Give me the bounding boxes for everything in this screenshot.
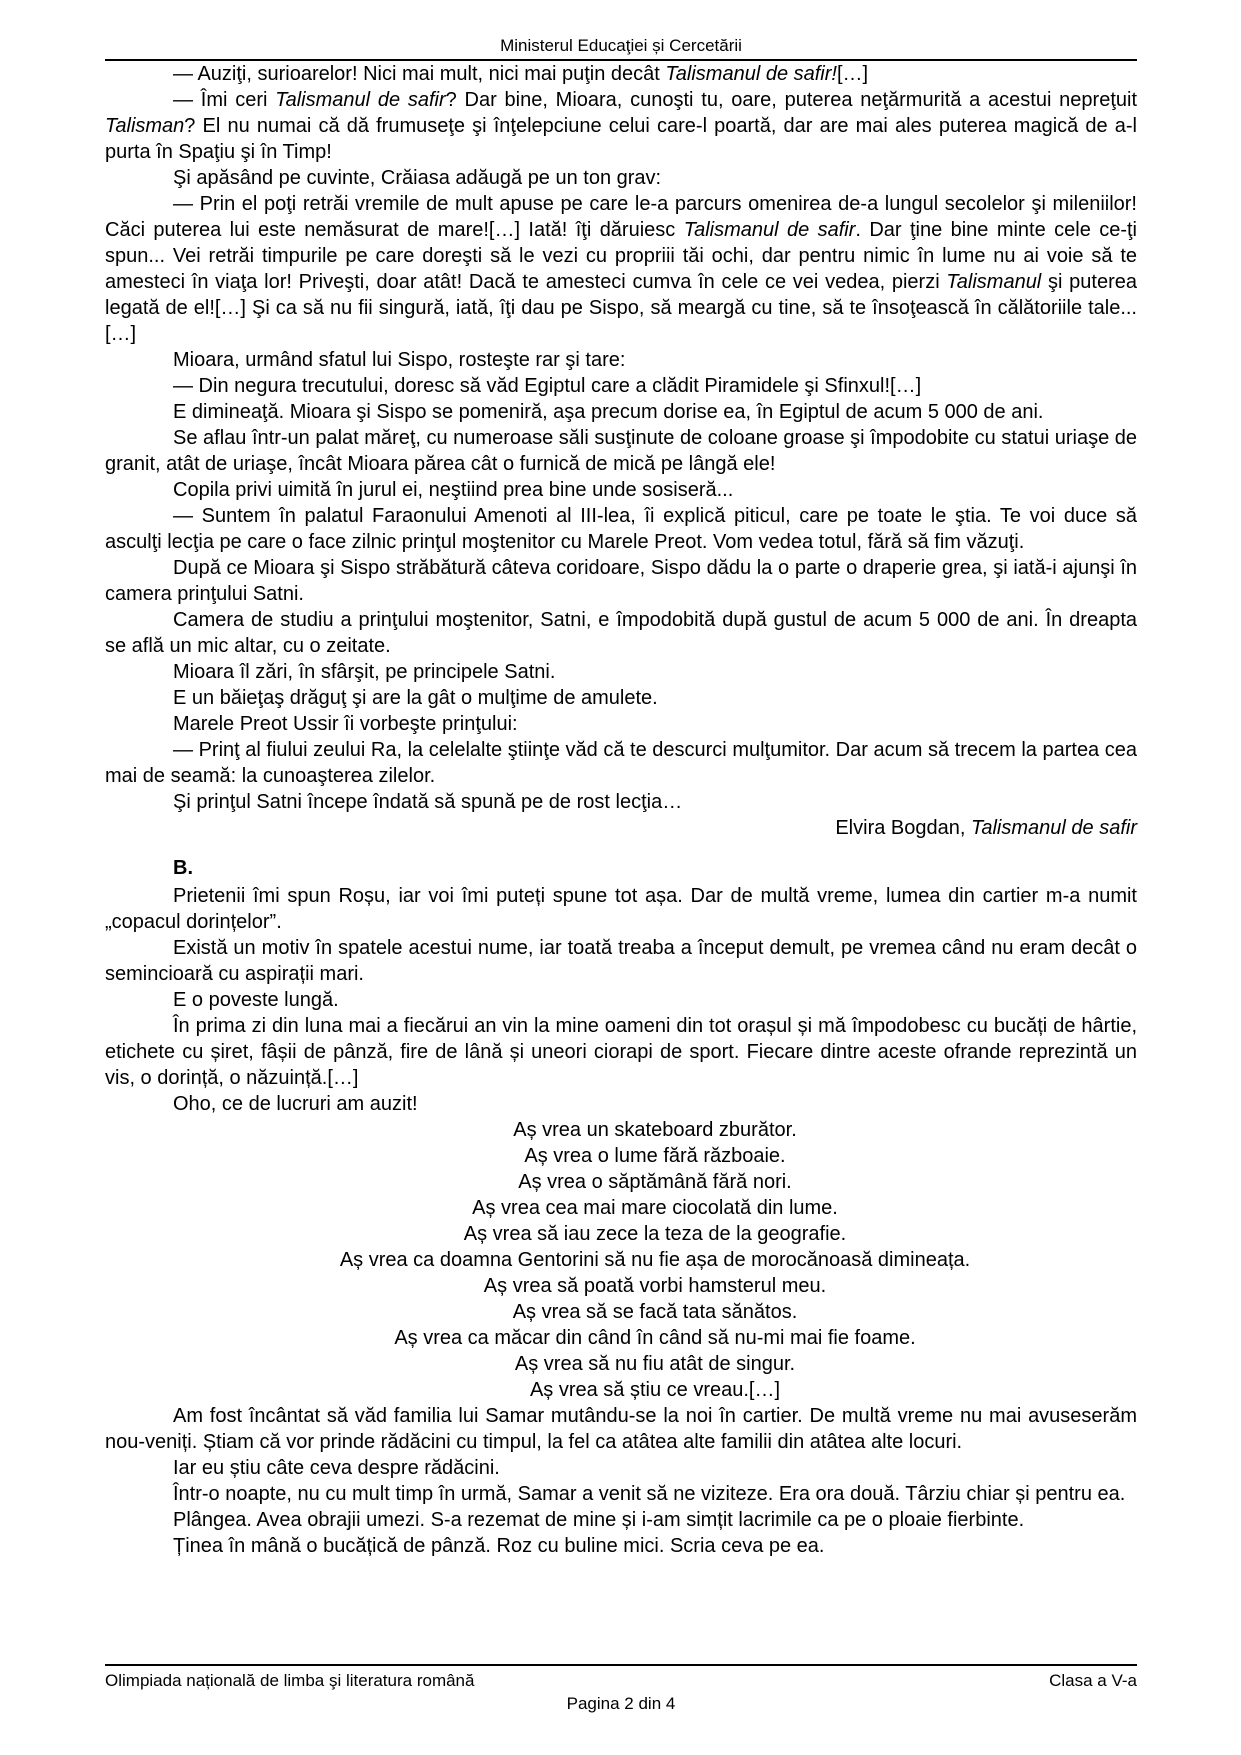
text-run: E un băieţaş drăguţ şi are la gât o mulţ…: [173, 687, 658, 709]
text-run: Talisman: [105, 115, 184, 137]
text-run: În prima zi din luna mai a fiecărui an v…: [105, 1015, 1137, 1089]
paragraph: Camera de studiu a prinţului moştenitor,…: [105, 607, 1137, 659]
text-run: Talismanul de safir: [275, 89, 445, 111]
header-title: Ministerul Educaţiei și Cercetării: [105, 36, 1137, 56]
paragraph: După ce Mioara şi Sispo străbătură câtev…: [105, 555, 1137, 607]
footer-page-number: Pagina 2 din 4: [105, 1693, 1137, 1714]
text-run: După ce Mioara şi Sispo străbătură câtev…: [105, 557, 1137, 605]
text-run: Iar eu știu câte ceva despre rădăcini.: [173, 1457, 500, 1479]
text-run: Marele Preot Ussir îi vorbeşte prinţului…: [173, 713, 518, 735]
paragraph: — Auziţi, surioarelor! Nici mai mult, ni…: [105, 61, 1137, 87]
page-header: Ministerul Educaţiei și Cercetării: [105, 36, 1137, 61]
paragraph: Mioara îl zări, în sfârşit, pe principel…: [105, 659, 1137, 685]
paragraph: — Prinţ al fiului zeului Ra, la celelalt…: [105, 737, 1137, 789]
poem-line: Aș vrea să iau zece la teza de la geogra…: [105, 1221, 1137, 1247]
paragraph: Oho, ce de lucruri am auzit!: [105, 1091, 1137, 1117]
text-run: ? El nu numai că dă frumuseţe şi înţelep…: [105, 115, 1137, 163]
paragraph: Copila privi uimită în jurul ei, neştiin…: [105, 477, 1137, 503]
paragraph: Se aflau într-un palat măreţ, cu numeroa…: [105, 425, 1137, 477]
paragraph: Ținea în mână o bucățică de pânză. Roz c…: [105, 1533, 1137, 1559]
section-b-paragraphs-after-poem: Am fost încântat să văd familia lui Sama…: [105, 1403, 1137, 1559]
poem-line: Aș vrea ca doamna Gentorini să nu fie aș…: [105, 1247, 1137, 1273]
text-run: — Suntem în palatul Faraonului Amenoti a…: [105, 505, 1137, 553]
text-run: — Prinţ al fiului zeului Ra, la celelalt…: [105, 739, 1137, 787]
paragraph: E dimineaţă. Mioara şi Sispo se pomeniră…: [105, 399, 1137, 425]
text-a-paragraphs: — Auziţi, surioarelor! Nici mai mult, ni…: [105, 61, 1137, 815]
text-run: Există un motiv în spatele acestui nume,…: [105, 937, 1137, 985]
text-run: Talismanul de safir!: [665, 63, 837, 85]
section-b-paragraphs-before-poem: Prietenii îmi spun Roșu, iar voi îmi put…: [105, 883, 1137, 1117]
text-run: — Din negura trecutului, doresc să văd E…: [173, 375, 921, 397]
document-page: Ministerul Educaţiei și Cercetării — Auz…: [0, 0, 1241, 1755]
text-a-attribution: Elvira Bogdan, Talismanul de safir: [105, 815, 1137, 841]
paragraph: Marele Preot Ussir îi vorbeşte prinţului…: [105, 711, 1137, 737]
text-run: Într-o noapte, nu cu mult timp în urmă, …: [173, 1483, 1125, 1505]
text-run: — Îmi ceri: [173, 89, 275, 111]
paragraph: Am fost încântat să văd familia lui Sama…: [105, 1403, 1137, 1455]
paragraph: E un băieţaş drăguţ şi are la gât o mulţ…: [105, 685, 1137, 711]
poem-line: Aș vrea cea mai mare ciocolată din lume.: [105, 1195, 1137, 1221]
section-b: B. Prietenii îmi spun Roșu, iar voi îmi …: [105, 855, 1137, 1559]
text-a-section: — Auziţi, surioarelor! Nici mai mult, ni…: [105, 61, 1137, 841]
text-run: Plângea. Avea obrajii umezi. S-a rezemat…: [173, 1509, 1024, 1531]
wish-poem: Aș vrea un skateboard zburător.Aș vrea o…: [105, 1117, 1137, 1403]
text-run: Mioara, urmând sfatul lui Sispo, rosteşt…: [173, 349, 625, 371]
text-run: Se aflau într-un palat măreţ, cu numeroa…: [105, 427, 1137, 475]
poem-line: Aș vrea să poată vorbi hamsterul meu.: [105, 1273, 1137, 1299]
document-body: — Auziţi, surioarelor! Nici mai mult, ni…: [105, 61, 1137, 1559]
paragraph: Plângea. Avea obrajii umezi. S-a rezemat…: [105, 1507, 1137, 1533]
text-run: Am fost încântat să văd familia lui Sama…: [105, 1405, 1137, 1453]
text-run: Elvira Bogdan,: [835, 817, 971, 839]
footer-left-text: Olimpiada națională de limba şi literatu…: [105, 1670, 474, 1691]
poem-line: Aș vrea să nu fiu atât de singur.: [105, 1351, 1137, 1377]
paragraph: Şi apăsând pe cuvinte, Crăiasa adăugă pe…: [105, 165, 1137, 191]
text-run: Prietenii îmi spun Roșu, iar voi îmi put…: [105, 885, 1137, 933]
paragraph: — Prin el poţi retrăi vremile de mult ap…: [105, 191, 1137, 347]
section-b-label: B.: [105, 855, 1137, 881]
footer-row: Olimpiada națională de limba şi literatu…: [105, 1670, 1137, 1691]
text-run: Şi prinţul Satni începe îndată să spună …: [173, 791, 682, 813]
paragraph: Prietenii îmi spun Roșu, iar voi îmi put…: [105, 883, 1137, 935]
poem-line: Aș vrea să știu ce vreau.[…]: [105, 1377, 1137, 1403]
text-run: Talismanul de safir: [971, 817, 1137, 839]
text-run: ? Dar bine, Mioara, cunoşti tu, oare, pu…: [446, 89, 1137, 111]
text-run: E o poveste lungă.: [173, 989, 339, 1011]
text-run: Ținea în mână o bucățică de pânză. Roz c…: [173, 1535, 824, 1557]
text-run: […]: [837, 63, 868, 85]
text-run: Şi apăsând pe cuvinte, Crăiasa adăugă pe…: [173, 167, 661, 189]
poem-line: Aș vrea un skateboard zburător.: [105, 1117, 1137, 1143]
text-run: — Auziţi, surioarelor! Nici mai mult, ni…: [173, 63, 665, 85]
poem-line: Aș vrea o lume fără războaie.: [105, 1143, 1137, 1169]
poem-line: Aș vrea o săptămână fără nori.: [105, 1169, 1137, 1195]
paragraph: E o poveste lungă.: [105, 987, 1137, 1013]
paragraph: — Îmi ceri Talismanul de safir? Dar bine…: [105, 87, 1137, 165]
text-run: Talismanul de safir: [684, 219, 856, 241]
paragraph: — Suntem în palatul Faraonului Amenoti a…: [105, 503, 1137, 555]
text-run: Copila privi uimită în jurul ei, neştiin…: [173, 479, 733, 501]
paragraph: Într-o noapte, nu cu mult timp în urmă, …: [105, 1481, 1137, 1507]
paragraph: — Din negura trecutului, doresc să văd E…: [105, 373, 1137, 399]
paragraph: Mioara, urmând sfatul lui Sispo, rosteşt…: [105, 347, 1137, 373]
page-footer: Olimpiada națională de limba şi literatu…: [105, 1664, 1137, 1714]
poem-line: Aș vrea ca măcar din când în când să nu-…: [105, 1325, 1137, 1351]
paragraph: Şi prinţul Satni începe îndată să spună …: [105, 789, 1137, 815]
poem-line: Aș vrea să se facă tata sănătos.: [105, 1299, 1137, 1325]
footer-right-text: Clasa a V-a: [1049, 1670, 1137, 1691]
text-run: Talismanul: [946, 271, 1041, 293]
text-run: Camera de studiu a prinţului moştenitor,…: [105, 609, 1137, 657]
paragraph: Iar eu știu câte ceva despre rădăcini.: [105, 1455, 1137, 1481]
text-run: E dimineaţă. Mioara şi Sispo se pomeniră…: [173, 401, 1043, 423]
paragraph: Există un motiv în spatele acestui nume,…: [105, 935, 1137, 987]
paragraph: În prima zi din luna mai a fiecărui an v…: [105, 1013, 1137, 1091]
text-run: Oho, ce de lucruri am auzit!: [173, 1093, 418, 1115]
text-run: Mioara îl zări, în sfârşit, pe principel…: [173, 661, 555, 683]
